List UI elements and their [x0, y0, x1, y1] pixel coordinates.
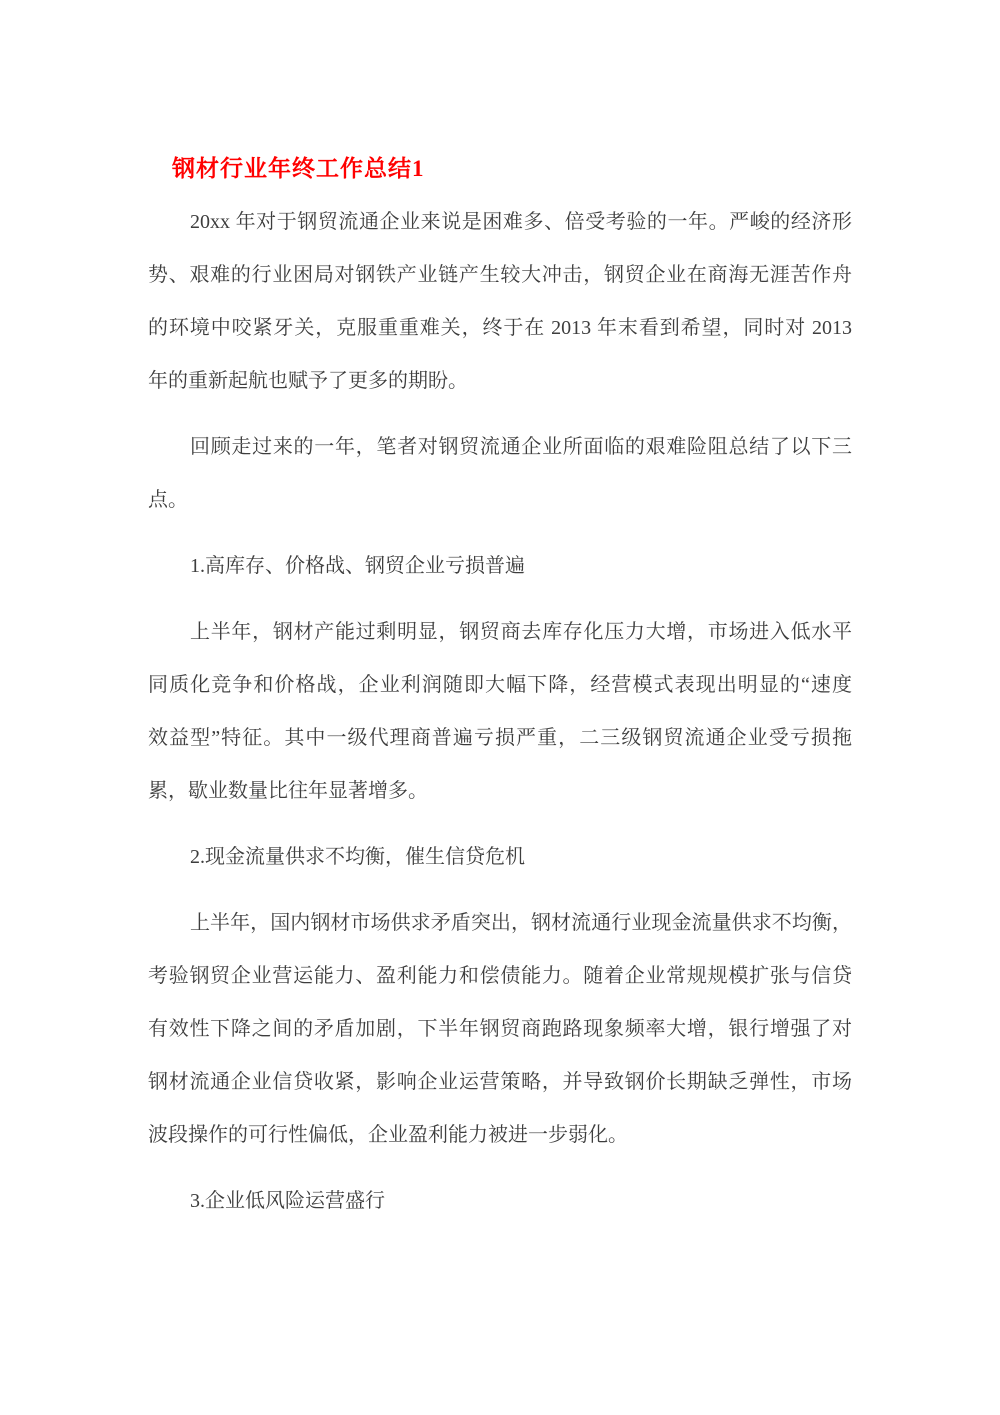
text-line: 势、艰难的行业困局对钢铁产业链产生较大冲击，钢贸企业在商海无涯苦作舟: [148, 249, 852, 302]
text-line: 同质化竞争和价格战，企业利润随即大幅下降，经营模式表现出明显的“速度: [148, 659, 852, 712]
text-line: 有效性下降之间的矛盾加剧，下半年钢贸商跑路现象频率大增，银行增强了对: [148, 1003, 852, 1056]
document-title: 钢材行业年终工作总结1: [148, 152, 852, 186]
text-line: 20xx 年对于钢贸流通企业来说是困难多、倍受考验的一年。严峻的经济形: [148, 196, 852, 249]
text-line: 3.企业低风险运营盛行: [148, 1175, 852, 1228]
text-line: 回顾走过来的一年，笔者对钢贸流通企业所面临的艰难险阻总结了以下三: [148, 421, 852, 474]
text-line: 钢材流通企业信贷收紧，影响企业运营策略，并导致钢价长期缺乏弹性，市场: [148, 1056, 852, 1109]
text-line: 累，歇业数量比往年显著增多。: [148, 765, 852, 818]
text-line: 上半年，钢材产能过剩明显，钢贸商去库存化压力大增，市场进入低水平: [148, 606, 852, 659]
text-line: 上半年，国内钢材市场供求矛盾突出，钢材流通行业现金流量供求不均衡，: [148, 897, 852, 950]
document-page: 钢材行业年终工作总结1 20xx 年对于钢贸流通企业来说是困难多、倍受考验的一年…: [0, 0, 1000, 1415]
section-heading: 2.现金流量供求不均衡，催生信贷危机: [148, 831, 852, 884]
document-body: 20xx 年对于钢贸流通企业来说是困难多、倍受考验的一年。严峻的经济形势、艰难的…: [148, 196, 852, 1228]
text-line: 效益型”特征。其中一级代理商普遍亏损严重，二三级钢贸流通企业受亏损拖: [148, 712, 852, 765]
section-heading: 1.高库存、价格战、钢贸企业亏损普遍: [148, 540, 852, 593]
paragraph: 回顾走过来的一年，笔者对钢贸流通企业所面临的艰难险阻总结了以下三点。: [148, 421, 852, 527]
text-line: 年的重新起航也赋予了更多的期盼。: [148, 355, 852, 408]
text-line: 的环境中咬紧牙关，克服重重难关，终于在 2013 年末看到希望，同时对 2013: [148, 302, 852, 355]
text-line: 波段操作的可行性偏低，企业盈利能力被进一步弱化。: [148, 1109, 852, 1162]
paragraph: 20xx 年对于钢贸流通企业来说是困难多、倍受考验的一年。严峻的经济形势、艰难的…: [148, 196, 852, 408]
section-heading: 3.企业低风险运营盛行: [148, 1175, 852, 1228]
text-line: 考验钢贸企业营运能力、盈利能力和偿债能力。随着企业常规规模扩张与信贷: [148, 950, 852, 1003]
text-line: 点。: [148, 474, 852, 527]
text-line: 2.现金流量供求不均衡，催生信贷危机: [148, 831, 852, 884]
paragraph: 上半年，钢材产能过剩明显，钢贸商去库存化压力大增，市场进入低水平同质化竞争和价格…: [148, 606, 852, 818]
paragraph: 上半年，国内钢材市场供求矛盾突出，钢材流通行业现金流量供求不均衡，考验钢贸企业营…: [148, 897, 852, 1162]
text-line: 1.高库存、价格战、钢贸企业亏损普遍: [148, 540, 852, 593]
